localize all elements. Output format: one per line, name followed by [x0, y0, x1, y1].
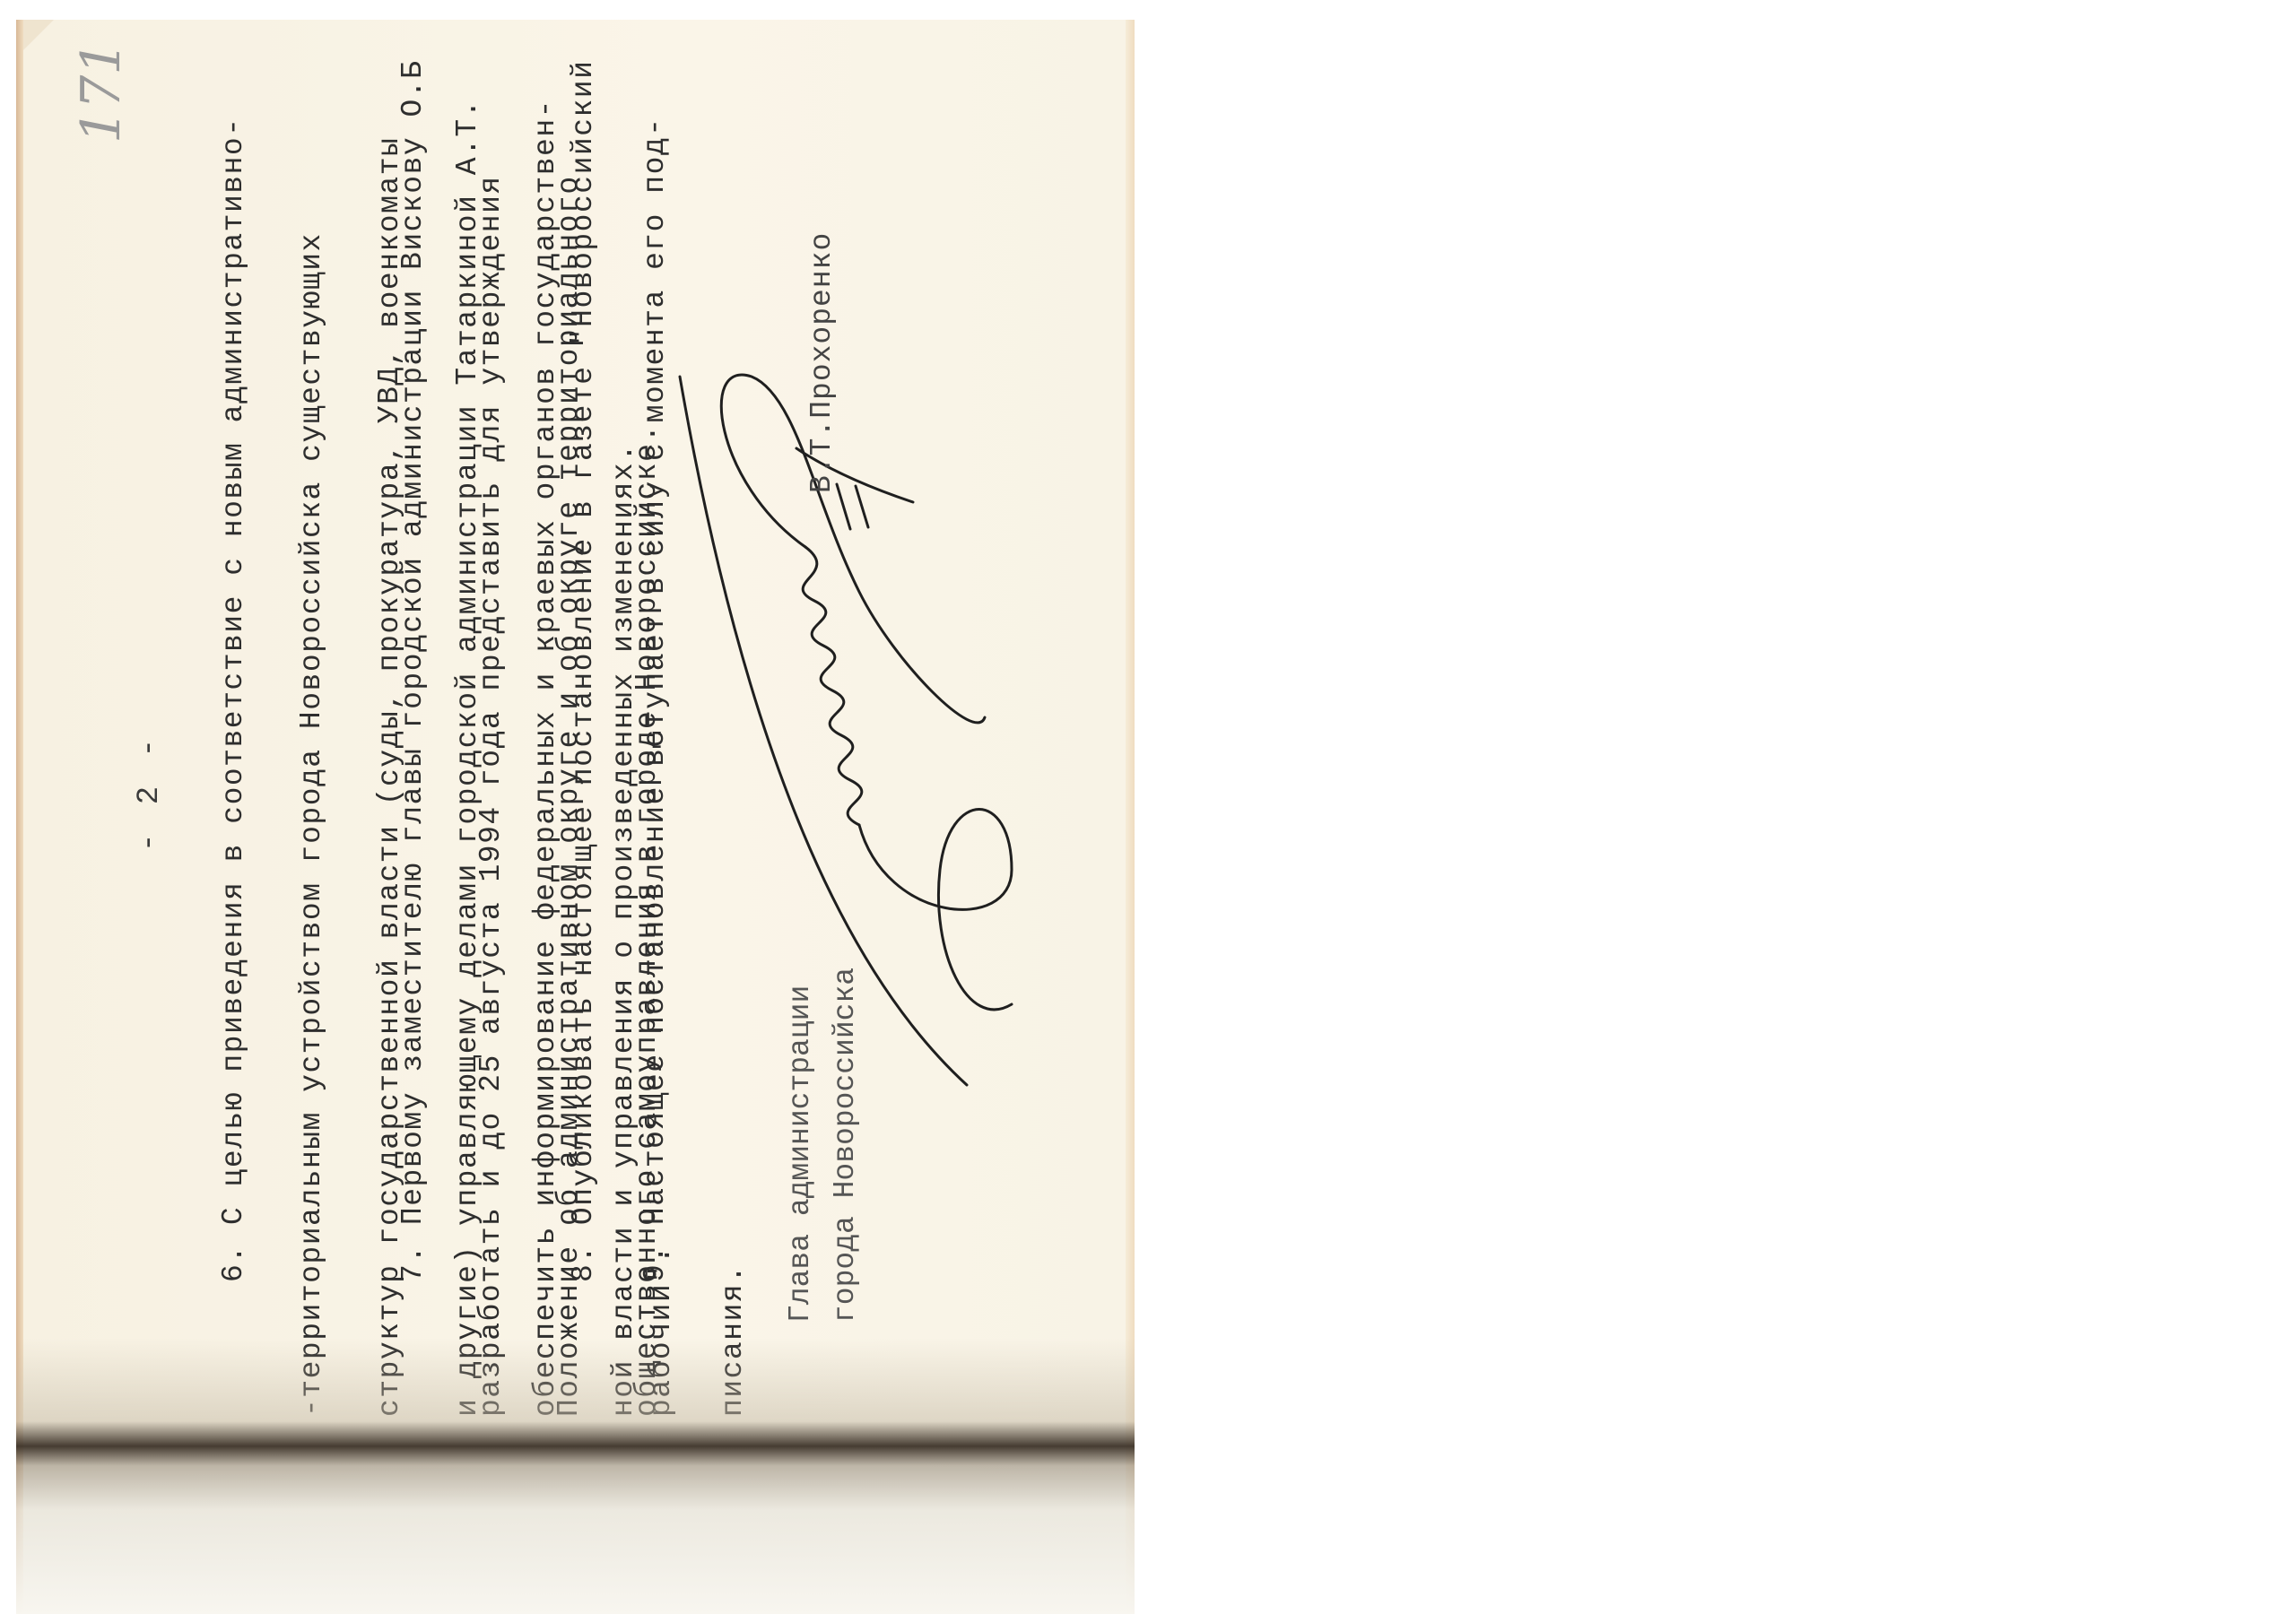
scanned-page: 171 - 2 - 6. С целью приведения в соотве… [16, 20, 1135, 1614]
text-line: -территориальным устройством города Ново… [299, 20, 325, 1417]
page-number: - 2 - [133, 733, 167, 852]
handwritten-folio-number: 171 [70, 40, 133, 143]
binding-shadow [16, 1338, 1135, 1614]
signatory-name: В.Т.Прохоренко [805, 232, 839, 493]
text-line: разработать и до 25 августа 1994 года пр… [478, 20, 504, 1417]
text-line: 7. Первому заместителю главы городской а… [400, 20, 426, 1417]
text-line: 6. С целью приведения в соответствие с н… [221, 20, 247, 1417]
handwritten-signature-icon [590, 269, 1092, 1166]
